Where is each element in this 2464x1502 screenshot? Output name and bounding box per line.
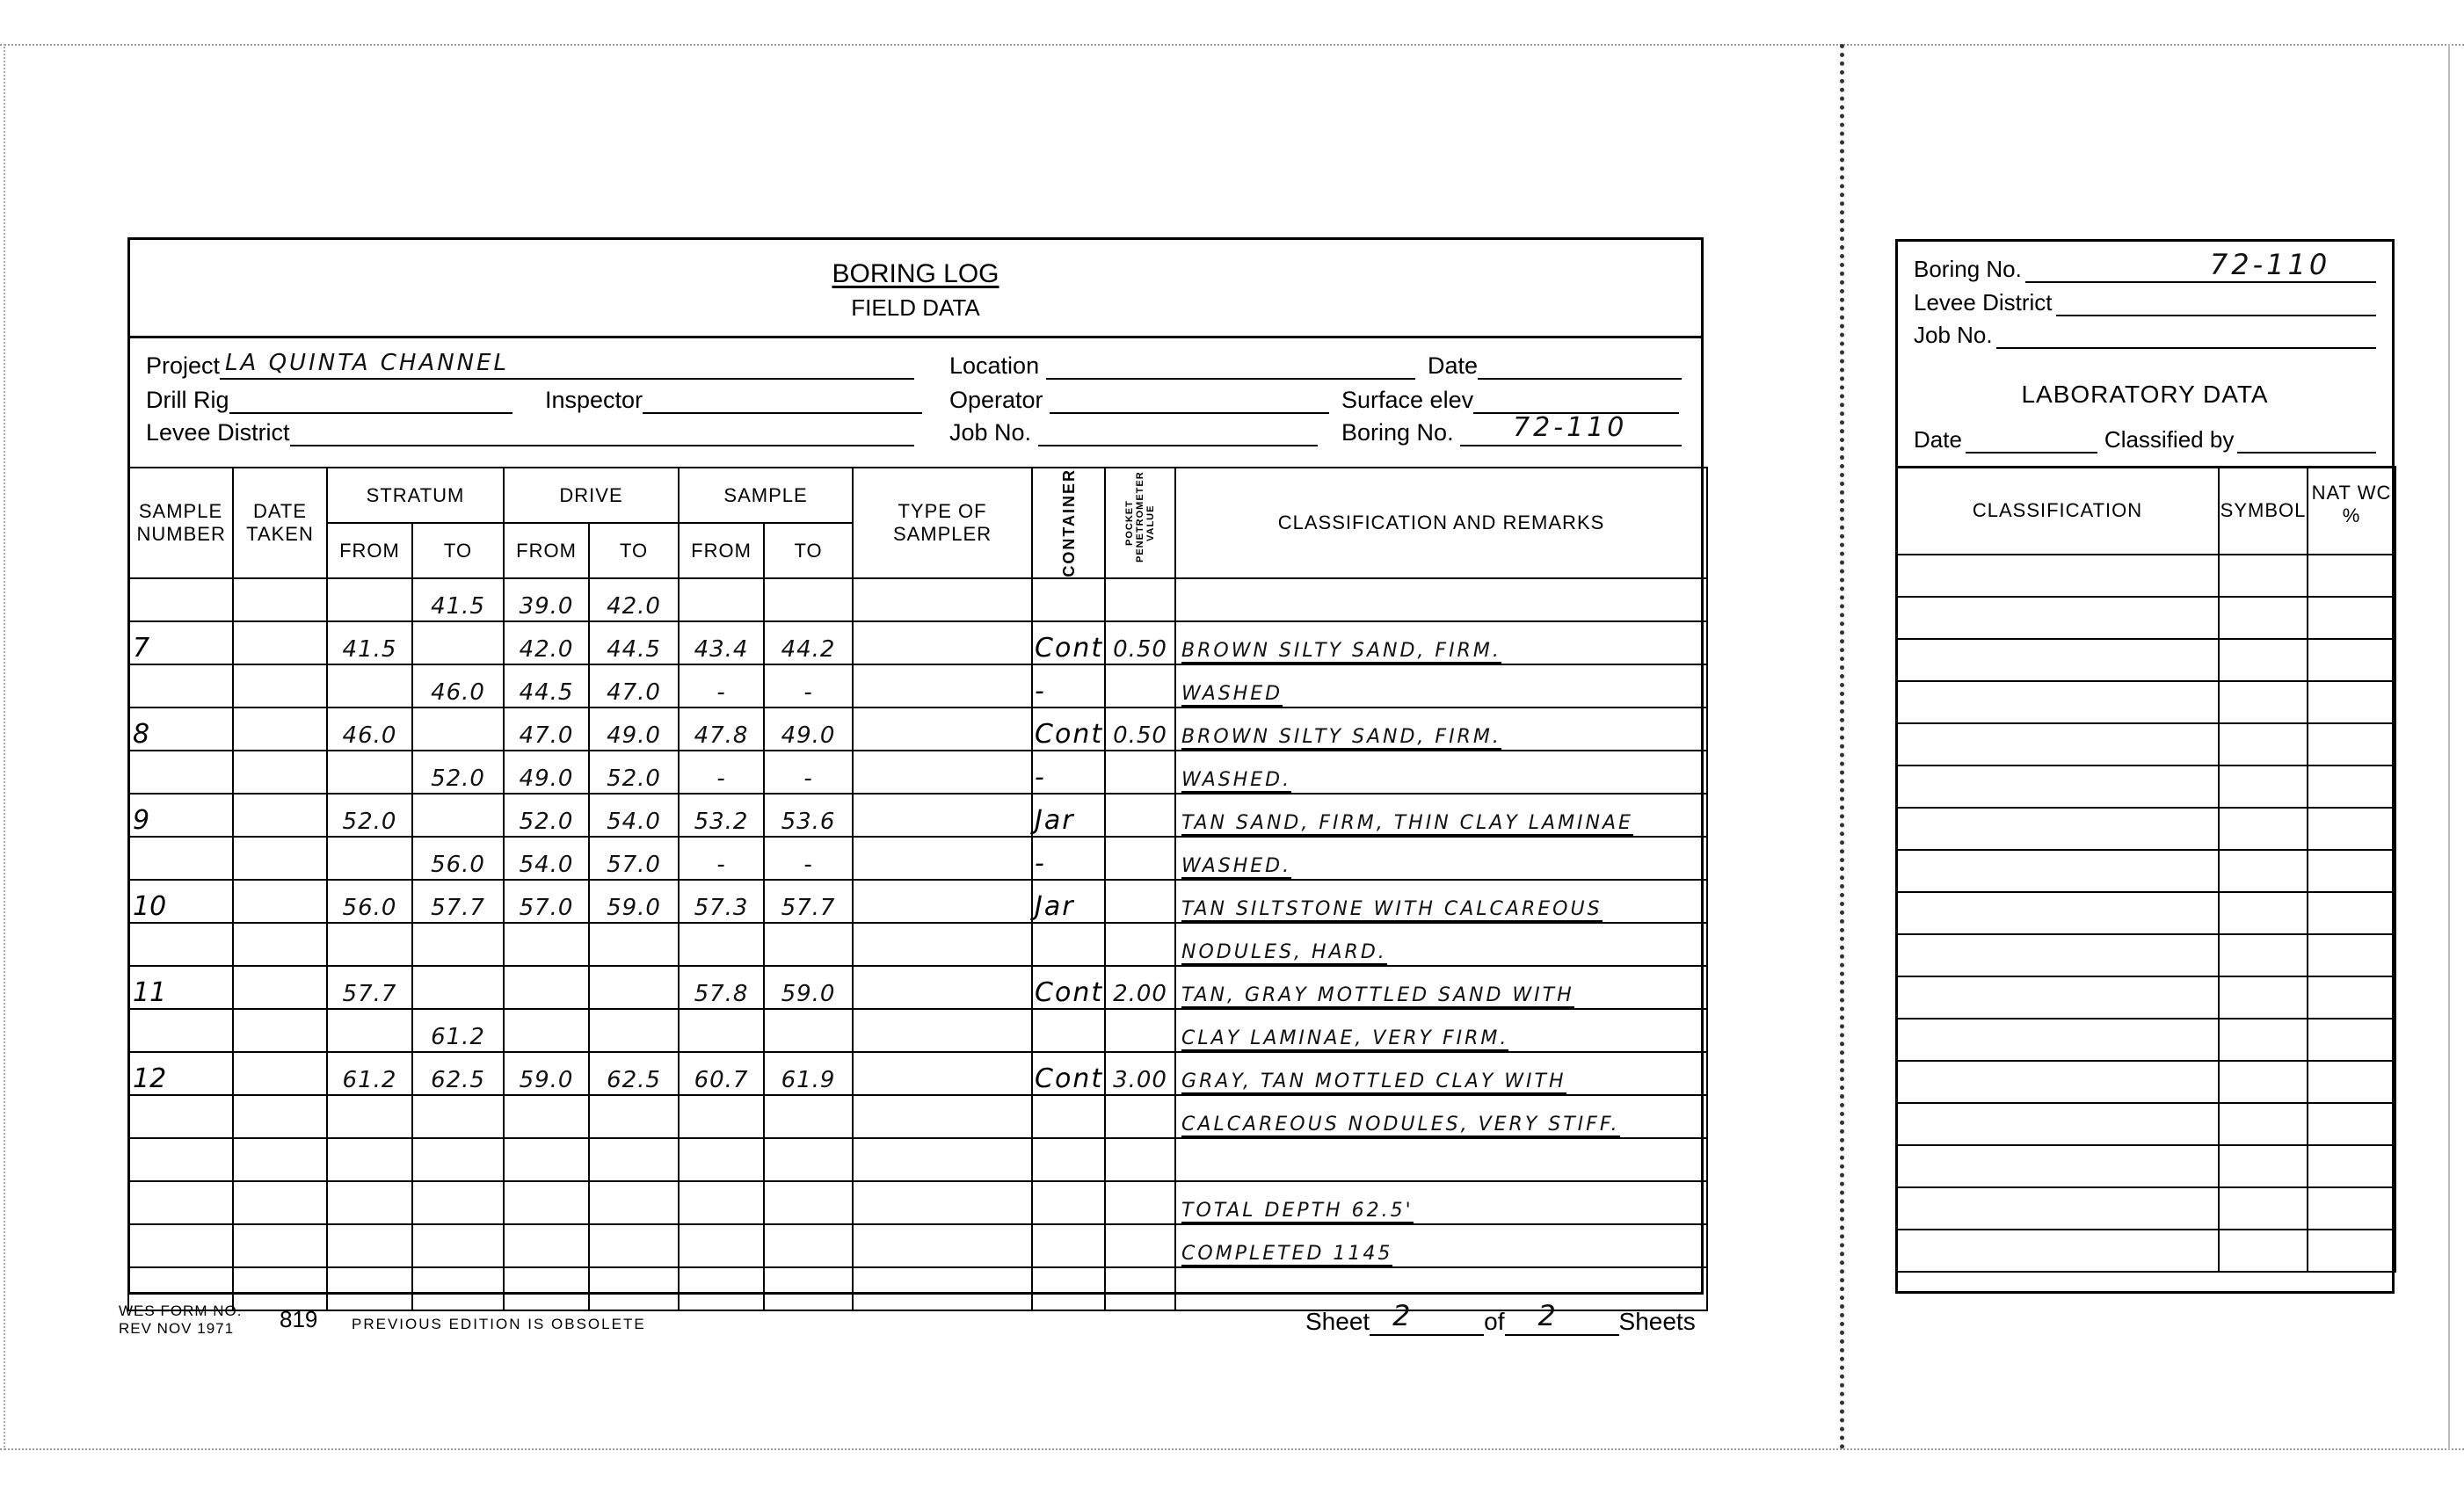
sample-from-cell[interactable] — [679, 1095, 764, 1138]
type-of-sampler-cell[interactable] — [853, 794, 1032, 837]
type-of-sampler-cell[interactable] — [853, 923, 1032, 966]
sample-number-cell[interactable] — [128, 837, 233, 880]
lab-classification-cell[interactable] — [1896, 808, 2219, 850]
lab-levee-district-field[interactable]: Levee District — [1914, 289, 2376, 316]
lab-classification-cell[interactable] — [1896, 1187, 2219, 1230]
stratum-to-cell[interactable]: 61.2 — [412, 1009, 504, 1052]
lab-nat-wc-cell[interactable] — [2308, 976, 2395, 1019]
drill-rig-input[interactable] — [229, 389, 512, 414]
container-cell[interactable] — [1032, 1138, 1105, 1181]
stratum-from-cell[interactable] — [327, 751, 412, 794]
lab-classification-cell[interactable] — [1896, 892, 2219, 934]
drive-from-cell[interactable]: 49.0 — [504, 751, 589, 794]
sheet-counter: Sheet2of2Sheets — [1305, 1308, 1696, 1336]
penetrometer-cell[interactable] — [1105, 1138, 1175, 1181]
drive-from-cell[interactable] — [504, 1095, 589, 1138]
stratum-to-cell[interactable]: 41.5 — [412, 578, 504, 621]
stratum-from-cell[interactable]: 52.0 — [327, 794, 412, 837]
sample-number-cell[interactable] — [128, 923, 233, 966]
surface-elev-label: Surface elev — [1341, 387, 1473, 413]
date-taken-cell[interactable] — [233, 923, 327, 966]
lab-nat-wc-cell[interactable] — [2308, 1230, 2395, 1272]
stratum-from-cell[interactable] — [327, 1095, 412, 1138]
lab-boring-no-input[interactable]: 72-110 — [2025, 260, 2376, 283]
lab-nat-wc-cell[interactable] — [2308, 892, 2395, 934]
sample-from-cell[interactable] — [679, 923, 764, 966]
type-of-sampler-cell[interactable] — [853, 621, 1032, 664]
lab-nat-wc-cell[interactable] — [2308, 1061, 2395, 1103]
sample-from-cell[interactable]: - — [679, 664, 764, 707]
drive-to-cell[interactable]: 57.0 — [589, 837, 679, 880]
drive-from-cell[interactable]: 39.0 — [504, 578, 589, 621]
stratum-from-cell[interactable]: 57.7 — [327, 966, 412, 1009]
project-field[interactable]: ProjectLa Quinta Channel — [146, 352, 914, 380]
container-cell[interactable]: Jar — [1032, 794, 1105, 837]
sample-from-cell[interactable] — [679, 1224, 764, 1267]
sample-to-cell[interactable] — [764, 1095, 853, 1138]
remarks-cell[interactable]: GRAY, TAN MOTTLED CLAY WITH — [1175, 1052, 1707, 1095]
sample-number-cell[interactable] — [128, 1009, 233, 1052]
lab-job-no-input[interactable] — [1996, 326, 2376, 349]
stratum-to-cell[interactable] — [412, 621, 504, 664]
date-taken-cell[interactable] — [233, 794, 327, 837]
stratum-to-cell[interactable] — [412, 1095, 504, 1138]
stratum-from-cell[interactable] — [327, 664, 412, 707]
remarks-cell[interactable]: BROWN SILTY SAND, FIRM. — [1175, 621, 1707, 664]
project-input[interactable]: La Quinta Channel — [220, 355, 914, 380]
lab-table-row — [1896, 766, 2395, 808]
sample-number-cell[interactable]: 11 — [128, 966, 233, 1009]
remarks-cell[interactable]: CALCAREOUS NODULES, VERY STIFF. — [1175, 1095, 1707, 1138]
stratum-to-cell[interactable]: 62.5 — [412, 1052, 504, 1095]
remarks-cell[interactable]: TOTAL DEPTH 62.5' — [1175, 1181, 1707, 1224]
lab-symbol-cell[interactable] — [2219, 766, 2308, 808]
stratum-from-cell[interactable] — [327, 923, 412, 966]
job-no-label: Job No. — [949, 419, 1031, 446]
type-of-sampler-cell[interactable] — [853, 1052, 1032, 1095]
date-taken-cell[interactable] — [233, 1095, 327, 1138]
col-stratum-from: FROM — [327, 523, 412, 577]
remarks-cell[interactable]: TAN SILTSTONE WITH CALCAREOUS — [1175, 880, 1707, 923]
drive-from-cell[interactable]: 59.0 — [504, 1052, 589, 1095]
date-taken-cell[interactable] — [233, 1052, 327, 1095]
lab-nat-wc-cell[interactable] — [2308, 1019, 2395, 1061]
date-taken-cell[interactable] — [233, 1267, 327, 1310]
sample-to-cell[interactable] — [764, 1224, 853, 1267]
drive-to-cell[interactable]: 44.5 — [589, 621, 679, 664]
sample-number-cell[interactable] — [128, 1224, 233, 1267]
drive-from-cell[interactable]: 42.0 — [504, 621, 589, 664]
sample-to-cell[interactable]: 59.0 — [764, 966, 853, 1009]
penetrometer-cell[interactable]: 2.00 — [1105, 966, 1175, 1009]
sample-from-cell[interactable]: 47.8 — [679, 707, 764, 751]
location-field[interactable]: Location — [949, 352, 1415, 380]
lab-levee-district-input[interactable] — [2056, 294, 2377, 316]
drive-to-cell[interactable] — [589, 1138, 679, 1181]
lab-nat-wc-cell[interactable] — [2308, 934, 2395, 976]
table-row: 741.542.044.543.444.2Cont0.50BROWN SILTY… — [128, 621, 1707, 664]
date-taken-cell[interactable] — [233, 880, 327, 923]
date-taken-cell[interactable] — [233, 837, 327, 880]
levee-district-label: Levee District — [146, 419, 290, 446]
sample-number-cell[interactable] — [128, 1138, 233, 1181]
levee-district-field[interactable]: Levee District — [146, 419, 914, 446]
drive-from-cell[interactable] — [504, 1009, 589, 1052]
drive-to-cell[interactable] — [589, 1267, 679, 1310]
lab-classification-cell[interactable] — [1896, 639, 2219, 681]
stratum-from-cell[interactable] — [327, 837, 412, 880]
penetrometer-cell[interactable] — [1105, 880, 1175, 923]
lab-nat-wc-cell[interactable] — [2308, 1103, 2395, 1145]
lab-boring-no-field[interactable]: Boring No. 72-110 — [1914, 256, 2376, 283]
sample-to-cell[interactable]: 49.0 — [764, 707, 853, 751]
drive-to-cell[interactable]: 52.0 — [589, 751, 679, 794]
sample-from-cell[interactable]: 60.7 — [679, 1052, 764, 1095]
container-cell[interactable]: - — [1032, 837, 1105, 880]
inspector-field[interactable]: Inspector — [545, 387, 922, 414]
stratum-from-cell[interactable]: 61.2 — [327, 1052, 412, 1095]
operator-field[interactable]: Operator — [949, 387, 1329, 414]
lab-classification-cell[interactable] — [1896, 1145, 2219, 1187]
sample-number-cell[interactable] — [128, 751, 233, 794]
sample-to-cell[interactable]: 61.9 — [764, 1052, 853, 1095]
drive-to-cell[interactable] — [589, 1224, 679, 1267]
date-taken-cell[interactable] — [233, 751, 327, 794]
penetrometer-cell[interactable]: 0.50 — [1105, 621, 1175, 664]
job-no-input[interactable] — [1038, 422, 1318, 446]
container-cell[interactable]: Jar — [1032, 880, 1105, 923]
type-of-sampler-cell[interactable] — [853, 1267, 1032, 1310]
stratum-from-cell[interactable] — [327, 1224, 412, 1267]
lab-nat-wc-cell[interactable] — [2308, 1187, 2395, 1230]
container-cell[interactable] — [1032, 578, 1105, 621]
lab-symbol-cell[interactable] — [2219, 1019, 2308, 1061]
stratum-to-cell[interactable]: 56.0 — [412, 837, 504, 880]
sample-from-cell[interactable]: 57.8 — [679, 966, 764, 1009]
date-taken-cell[interactable] — [233, 578, 327, 621]
type-of-sampler-cell[interactable] — [853, 1181, 1032, 1224]
lab-classification-cell[interactable] — [1896, 723, 2219, 766]
lab-nat-wc-cell[interactable] — [2308, 597, 2395, 639]
sample-to-cell[interactable]: - — [764, 751, 853, 794]
sheet-input[interactable]: 2 — [1370, 1311, 1484, 1336]
inspector-input[interactable] — [643, 389, 922, 414]
date-taken-cell[interactable] — [233, 1138, 327, 1181]
penetrometer-cell[interactable]: 3.00 — [1105, 1052, 1175, 1095]
remarks-cell[interactable] — [1175, 1138, 1707, 1181]
type-of-sampler-cell[interactable] — [853, 751, 1032, 794]
drive-from-cell[interactable]: 57.0 — [504, 880, 589, 923]
lab-classified-by-input[interactable] — [2237, 431, 2376, 454]
drive-from-cell[interactable]: 47.0 — [504, 707, 589, 751]
drive-from-cell[interactable]: 54.0 — [504, 837, 589, 880]
lab-classification-cell[interactable] — [1896, 597, 2219, 639]
type-of-sampler-cell[interactable] — [853, 837, 1032, 880]
boring-no-field[interactable]: Boring No. 72-110 — [1341, 419, 1682, 446]
type-of-sampler-cell[interactable] — [853, 880, 1032, 923]
lab-nat-wc-cell[interactable] — [2308, 639, 2395, 681]
sample-to-cell[interactable] — [764, 578, 853, 621]
lab-symbol-cell[interactable] — [2219, 976, 2308, 1019]
stratum-to-cell[interactable] — [412, 1224, 504, 1267]
remarks-cell[interactable]: CLAY LAMINAE, VERY FIRM. — [1175, 1009, 1707, 1052]
lab-symbol-cell[interactable] — [2219, 1061, 2308, 1103]
of-input[interactable]: 2 — [1505, 1311, 1619, 1336]
container-cell[interactable]: - — [1032, 751, 1105, 794]
drive-from-cell[interactable] — [504, 923, 589, 966]
lab-classification-cell[interactable] — [1896, 681, 2219, 723]
operator-input[interactable] — [1050, 389, 1329, 414]
lab-nat-wc-cell[interactable] — [2308, 766, 2395, 808]
penetrometer-cell[interactable] — [1105, 1095, 1175, 1138]
lab-nat-wc-cell[interactable] — [2308, 681, 2395, 723]
sample-to-cell[interactable] — [764, 1181, 853, 1224]
sample-from-cell[interactable] — [679, 1138, 764, 1181]
penetrometer-cell[interactable] — [1105, 1181, 1175, 1224]
type-of-sampler-cell[interactable] — [853, 664, 1032, 707]
date-taken-cell[interactable] — [233, 707, 327, 751]
container-cell[interactable] — [1032, 923, 1105, 966]
drive-to-cell[interactable] — [589, 1009, 679, 1052]
levee-district-input[interactable] — [290, 422, 914, 446]
lab-classification-cell[interactable] — [1896, 934, 2219, 976]
lab-nat-wc-cell[interactable] — [2308, 723, 2395, 766]
penetrometer-cell[interactable] — [1105, 837, 1175, 880]
lab-table-row — [1896, 597, 2395, 639]
type-of-sampler-cell[interactable] — [853, 1224, 1032, 1267]
lab-symbol-cell[interactable] — [2219, 892, 2308, 934]
drive-to-cell[interactable]: 54.0 — [589, 794, 679, 837]
lab-symbol-cell[interactable] — [2219, 597, 2308, 639]
location-input[interactable] — [1046, 355, 1415, 380]
sample-number-cell[interactable]: 7 — [128, 621, 233, 664]
penetrometer-cell[interactable] — [1105, 794, 1175, 837]
sample-number-cell[interactable]: 9 — [128, 794, 233, 837]
drive-to-cell[interactable] — [589, 1181, 679, 1224]
remarks-cell[interactable]: WASHED. — [1175, 751, 1707, 794]
lab-nat-wc-cell[interactable] — [2308, 808, 2395, 850]
sample-to-cell[interactable] — [764, 1138, 853, 1181]
type-of-sampler-cell[interactable] — [853, 1009, 1032, 1052]
col-date-taken: DATE TAKEN — [233, 468, 327, 578]
container-cell[interactable] — [1032, 1009, 1105, 1052]
lab-table-row — [1896, 1103, 2395, 1145]
penetrometer-cell[interactable] — [1105, 578, 1175, 621]
drive-to-cell[interactable]: 47.0 — [589, 664, 679, 707]
sample-from-cell[interactable]: 57.3 — [679, 880, 764, 923]
drive-from-cell[interactable]: 52.0 — [504, 794, 589, 837]
penetrometer-cell[interactable] — [1105, 1267, 1175, 1310]
remarks-cell[interactable]: BROWN SILTY SAND, FIRM. — [1175, 707, 1707, 751]
lab-classification-cell[interactable] — [1896, 1103, 2219, 1145]
lab-symbol-cell[interactable] — [2219, 1230, 2308, 1272]
lab-classification-cell[interactable] — [1896, 555, 2219, 597]
drive-to-cell[interactable]: 59.0 — [589, 880, 679, 923]
sample-number-cell[interactable]: 12 — [128, 1052, 233, 1095]
sample-from-cell[interactable] — [679, 1267, 764, 1310]
stratum-to-cell[interactable] — [412, 707, 504, 751]
penetrometer-cell[interactable] — [1105, 1009, 1175, 1052]
lab-symbol-cell[interactable] — [2219, 808, 2308, 850]
date-taken-cell[interactable] — [233, 664, 327, 707]
remarks-cell[interactable]: WASHED — [1175, 664, 1707, 707]
lab-classification-cell[interactable] — [1896, 850, 2219, 892]
stratum-from-cell[interactable]: 41.5 — [327, 621, 412, 664]
drive-to-cell[interactable] — [589, 966, 679, 1009]
sample-from-cell[interactable]: 53.2 — [679, 794, 764, 837]
lab-classification-cell[interactable] — [1896, 1019, 2219, 1061]
paper-top-edge — [0, 44, 2464, 46]
stratum-to-cell[interactable] — [412, 923, 504, 966]
lab-table-row — [1896, 1019, 2395, 1061]
remarks-cell[interactable]: WASHED. — [1175, 837, 1707, 880]
stratum-from-cell[interactable] — [327, 1138, 412, 1181]
stratum-to-cell[interactable] — [412, 794, 504, 837]
remarks-cell[interactable]: TAN, GRAY MOTTLED SAND WITH — [1175, 966, 1707, 1009]
container-cell[interactable] — [1032, 1181, 1105, 1224]
lab-nat-wc-cell[interactable] — [2308, 1145, 2395, 1187]
lab-symbol-cell[interactable] — [2219, 1187, 2308, 1230]
sample-to-cell[interactable] — [764, 923, 853, 966]
lab-job-no-field[interactable]: Job No. — [1914, 322, 2376, 349]
sample-from-cell[interactable] — [679, 1181, 764, 1224]
lab-classification-cell[interactable] — [1896, 766, 2219, 808]
sample-number-cell[interactable] — [128, 578, 233, 621]
drive-from-cell[interactable]: 44.5 — [504, 664, 589, 707]
lab-symbol-cell[interactable] — [2219, 850, 2308, 892]
sample-to-cell[interactable] — [764, 1267, 853, 1310]
stratum-from-cell[interactable]: 56.0 — [327, 880, 412, 923]
lab-symbol-cell[interactable] — [2219, 1103, 2308, 1145]
job-no-field[interactable]: Job No. — [949, 419, 1318, 446]
sample-to-cell[interactable]: 53.6 — [764, 794, 853, 837]
lab-classification-cell[interactable] — [1896, 1061, 2219, 1103]
sample-to-cell[interactable]: 44.2 — [764, 621, 853, 664]
sample-number-cell[interactable]: 10 — [128, 880, 233, 923]
penetrometer-cell[interactable] — [1105, 1224, 1175, 1267]
stratum-to-cell[interactable] — [412, 1267, 504, 1310]
drive-from-cell[interactable] — [504, 1138, 589, 1181]
type-of-sampler-cell[interactable] — [853, 578, 1032, 621]
surface-elev-input[interactable] — [1473, 389, 1679, 414]
container-cell[interactable] — [1032, 1095, 1105, 1138]
drive-to-cell[interactable] — [589, 923, 679, 966]
date-taken-cell[interactable] — [233, 1224, 327, 1267]
remarks-cell[interactable]: NODULES, HARD. — [1175, 923, 1707, 966]
stratum-to-cell[interactable]: 46.0 — [412, 664, 504, 707]
stratum-to-cell[interactable]: 52.0 — [412, 751, 504, 794]
sample-to-cell[interactable]: - — [764, 837, 853, 880]
lab-symbol-cell[interactable] — [2219, 1145, 2308, 1187]
sample-number-cell[interactable] — [128, 1095, 233, 1138]
surface-elev-field[interactable]: Surface elev — [1341, 387, 1679, 414]
drive-from-cell[interactable] — [504, 966, 589, 1009]
lab-symbol-cell[interactable] — [2219, 639, 2308, 681]
container-cell[interactable]: Cont — [1032, 621, 1105, 664]
sample-from-cell[interactable]: 43.4 — [679, 621, 764, 664]
lab-symbol-cell[interactable] — [2219, 681, 2308, 723]
stratum-to-cell[interactable]: 57.7 — [412, 880, 504, 923]
lab-classified-by-label: Classified by — [2104, 426, 2234, 454]
sample-from-cell[interactable] — [679, 578, 764, 621]
remarks-cell[interactable] — [1175, 1267, 1707, 1310]
date-taken-cell[interactable] — [233, 1181, 327, 1224]
date-taken-cell[interactable] — [233, 966, 327, 1009]
penetrometer-cell[interactable] — [1105, 923, 1175, 966]
remarks-cell[interactable]: TAN SAND, FIRM, THIN CLAY LAMINAE — [1175, 794, 1707, 837]
penetrometer-cell[interactable] — [1105, 664, 1175, 707]
sample-number-cell[interactable]: 8 — [128, 707, 233, 751]
of-label: of — [1484, 1308, 1504, 1335]
drive-to-cell[interactable]: 62.5 — [589, 1052, 679, 1095]
sample-from-cell[interactable] — [679, 1009, 764, 1052]
lab-nat-wc-cell[interactable] — [2308, 555, 2395, 597]
sample-number-cell[interactable] — [128, 1181, 233, 1224]
lab-classification-cell[interactable] — [1896, 976, 2219, 1019]
sample-from-cell[interactable]: - — [679, 837, 764, 880]
container-cell[interactable] — [1032, 1267, 1105, 1310]
lab-symbol-cell[interactable] — [2219, 723, 2308, 766]
lab-classification-cell[interactable] — [1896, 1230, 2219, 1272]
lab-symbol-cell[interactable] — [2219, 555, 2308, 597]
type-of-sampler-cell[interactable] — [853, 966, 1032, 1009]
stratum-from-cell[interactable]: 46.0 — [327, 707, 412, 751]
stratum-from-cell[interactable] — [327, 1009, 412, 1052]
lab-date-input[interactable] — [1966, 431, 2097, 454]
date-input[interactable] — [1478, 355, 1682, 380]
date-field[interactable]: Date — [1428, 352, 1682, 380]
sample-from-cell[interactable]: - — [679, 751, 764, 794]
penetrometer-cell[interactable] — [1105, 751, 1175, 794]
stratum-to-cell[interactable] — [412, 1138, 504, 1181]
sample-to-cell[interactable] — [764, 1009, 853, 1052]
drive-from-cell[interactable] — [504, 1181, 589, 1224]
date-taken-cell[interactable] — [233, 621, 327, 664]
stratum-to-cell[interactable] — [412, 1181, 504, 1224]
container-cell[interactable]: - — [1032, 664, 1105, 707]
sample-to-cell[interactable]: 57.7 — [764, 880, 853, 923]
stratum-to-cell[interactable] — [412, 966, 504, 1009]
stratum-from-cell[interactable] — [327, 1267, 412, 1310]
type-of-sampler-cell[interactable] — [853, 1138, 1032, 1181]
form-subtitle: FIELD DATA — [130, 294, 1701, 322]
lab-nat-wc-cell[interactable] — [2308, 850, 2395, 892]
stratum-from-cell[interactable] — [327, 1181, 412, 1224]
drill-rig-field[interactable]: Drill Rig — [146, 387, 512, 414]
container-cell[interactable]: Cont — [1032, 1052, 1105, 1095]
boring-no-input[interactable]: 72-110 — [1460, 422, 1682, 446]
drive-from-cell[interactable] — [504, 1267, 589, 1310]
sample-number-cell[interactable] — [128, 664, 233, 707]
lab-symbol-cell[interactable] — [2219, 934, 2308, 976]
type-of-sampler-cell[interactable] — [853, 1095, 1032, 1138]
date-taken-cell[interactable] — [233, 1009, 327, 1052]
drive-from-cell[interactable] — [504, 1224, 589, 1267]
container-cell[interactable] — [1032, 1224, 1105, 1267]
container-cell[interactable]: Cont — [1032, 966, 1105, 1009]
drive-to-cell[interactable] — [589, 1095, 679, 1138]
penetrometer-cell[interactable]: 0.50 — [1105, 707, 1175, 751]
sample-to-cell[interactable]: - — [764, 664, 853, 707]
drive-to-cell[interactable]: 49.0 — [589, 707, 679, 751]
type-of-sampler-cell[interactable] — [853, 707, 1032, 751]
remarks-cell[interactable]: COMPLETED 1145 — [1175, 1224, 1707, 1267]
drive-to-cell[interactable]: 42.0 — [589, 578, 679, 621]
container-cell[interactable]: Cont — [1032, 707, 1105, 751]
stratum-from-cell[interactable] — [327, 578, 412, 621]
lab-table-row — [1896, 639, 2395, 681]
remarks-cell[interactable] — [1175, 578, 1707, 621]
